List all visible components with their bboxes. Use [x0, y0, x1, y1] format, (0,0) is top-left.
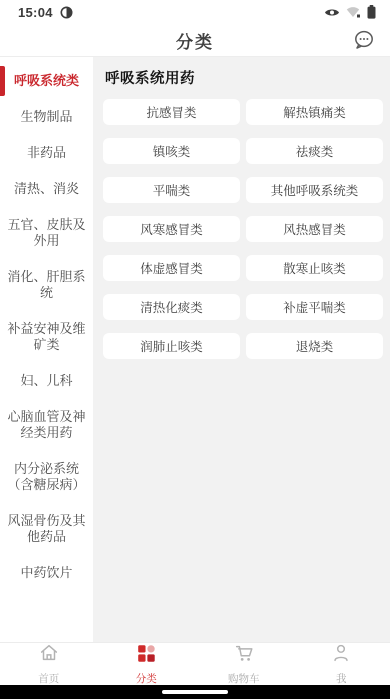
subcategory-button-clear-heat-phlegm[interactable]: 清热化痰类 — [103, 294, 240, 320]
sidebar-item-respiratory[interactable]: 呼吸系统类 — [0, 63, 93, 99]
subcategory-panel: 呼吸系统用药 抗感冒类 解热镇痛类 镇咳类 祛痰类 平喘类 其他呼吸系统类 风寒… — [93, 57, 390, 642]
clock-notification-icon — [60, 6, 73, 19]
sidebar-item-biological[interactable]: 生物制品 — [0, 99, 93, 135]
nav-label-categories: 分类 — [136, 671, 157, 686]
subcategory-button-dispel-cold-cough[interactable]: 散寒止咳类 — [246, 255, 383, 281]
cart-icon — [233, 642, 255, 669]
subcategory-button-expectorant[interactable]: 祛痰类 — [246, 138, 383, 164]
message-bubble-icon[interactable] — [352, 28, 376, 57]
sidebar-item-heat-inflammation[interactable]: 清热、消炎 — [0, 171, 93, 207]
subcategory-button-wind-cold[interactable]: 风寒感冒类 — [103, 216, 240, 242]
nav-tab-cart[interactable]: 购物车 — [195, 643, 293, 685]
sidebar-item-cardio-neuro[interactable]: 心脑血管及神经类用药 — [0, 399, 93, 451]
sidebar-item-ent-skin-external[interactable]: 五官、皮肤及外用 — [0, 207, 93, 259]
nav-label-cart: 购物车 — [228, 671, 260, 686]
nav-tab-me[interactable]: 我 — [293, 643, 390, 685]
nav-tab-home[interactable]: 首页 — [0, 643, 98, 685]
gesture-bar — [0, 685, 390, 699]
user-icon — [330, 642, 352, 669]
home-indicator[interactable] — [162, 690, 228, 694]
nav-label-me: 我 — [336, 671, 347, 686]
grid-icon — [135, 642, 157, 669]
nav-tab-categories[interactable]: 分类 — [98, 643, 196, 685]
bottom-nav: 首页 分类 购物车 我 — [0, 642, 390, 685]
subcategory-button-anti-cold[interactable]: 抗感冒类 — [103, 99, 240, 125]
sidebar-item-gyn-pediatrics[interactable]: 妇、儿科 — [0, 363, 93, 399]
home-icon — [38, 642, 60, 669]
subcategory-button-antipyretic-analgesic[interactable]: 解热镇痛类 — [246, 99, 383, 125]
category-sidebar: 呼吸系统类 生物制品 非药品 清热、消炎 五官、皮肤及外用 消化、肝胆系统 补益… — [0, 57, 93, 642]
status-bar: 15:04 — [0, 0, 390, 24]
page-header: 分类 — [0, 24, 390, 57]
subcategory-button-wind-heat[interactable]: 风热感冒类 — [246, 216, 383, 242]
subcategory-button-antiasthmatic[interactable]: 平喘类 — [103, 177, 240, 203]
subcategory-button-other-respiratory[interactable]: 其他呼吸系统类 — [246, 177, 383, 203]
status-time: 15:04 — [18, 5, 53, 20]
sidebar-item-herbal-pieces[interactable]: 中药饮片 — [0, 555, 93, 591]
subcategory-button-fever-reducing[interactable]: 退烧类 — [246, 333, 383, 359]
page-title: 分类 — [176, 28, 214, 53]
subcategory-button-tonify-asthma[interactable]: 补虚平喘类 — [246, 294, 383, 320]
sidebar-item-endocrine-diabetes[interactable]: 内分泌系统（含糖尿病） — [0, 451, 93, 503]
subcategory-grid: 抗感冒类 解热镇痛类 镇咳类 祛痰类 平喘类 其他呼吸系统类 风寒感冒类 风热感… — [103, 99, 383, 359]
sidebar-item-tonic-vitamin[interactable]: 补益安神及维矿类 — [0, 311, 93, 363]
sidebar-item-rheumatism-other[interactable]: 风湿骨伤及其他药品 — [0, 503, 93, 555]
subcategory-button-moisten-lung-cough[interactable]: 润肺止咳类 — [103, 333, 240, 359]
section-title: 呼吸系统用药 — [105, 67, 383, 88]
wifi-icon — [346, 6, 361, 18]
subcategory-button-deficiency-cold[interactable]: 体虚感冒类 — [103, 255, 240, 281]
battery-icon — [367, 5, 376, 19]
nav-label-home: 首页 — [38, 671, 59, 686]
app-screen: 15:04 分类 呼吸系统类 生物制品 非药品 — [0, 0, 390, 699]
content-area: 呼吸系统类 生物制品 非药品 清热、消炎 五官、皮肤及外用 消化、肝胆系统 补益… — [0, 57, 390, 642]
sidebar-item-nondrug[interactable]: 非药品 — [0, 135, 93, 171]
subcategory-button-antitussive[interactable]: 镇咳类 — [103, 138, 240, 164]
eye-icon — [324, 7, 340, 18]
sidebar-item-digestive-hepatobiliary[interactable]: 消化、肝胆系统 — [0, 259, 93, 311]
